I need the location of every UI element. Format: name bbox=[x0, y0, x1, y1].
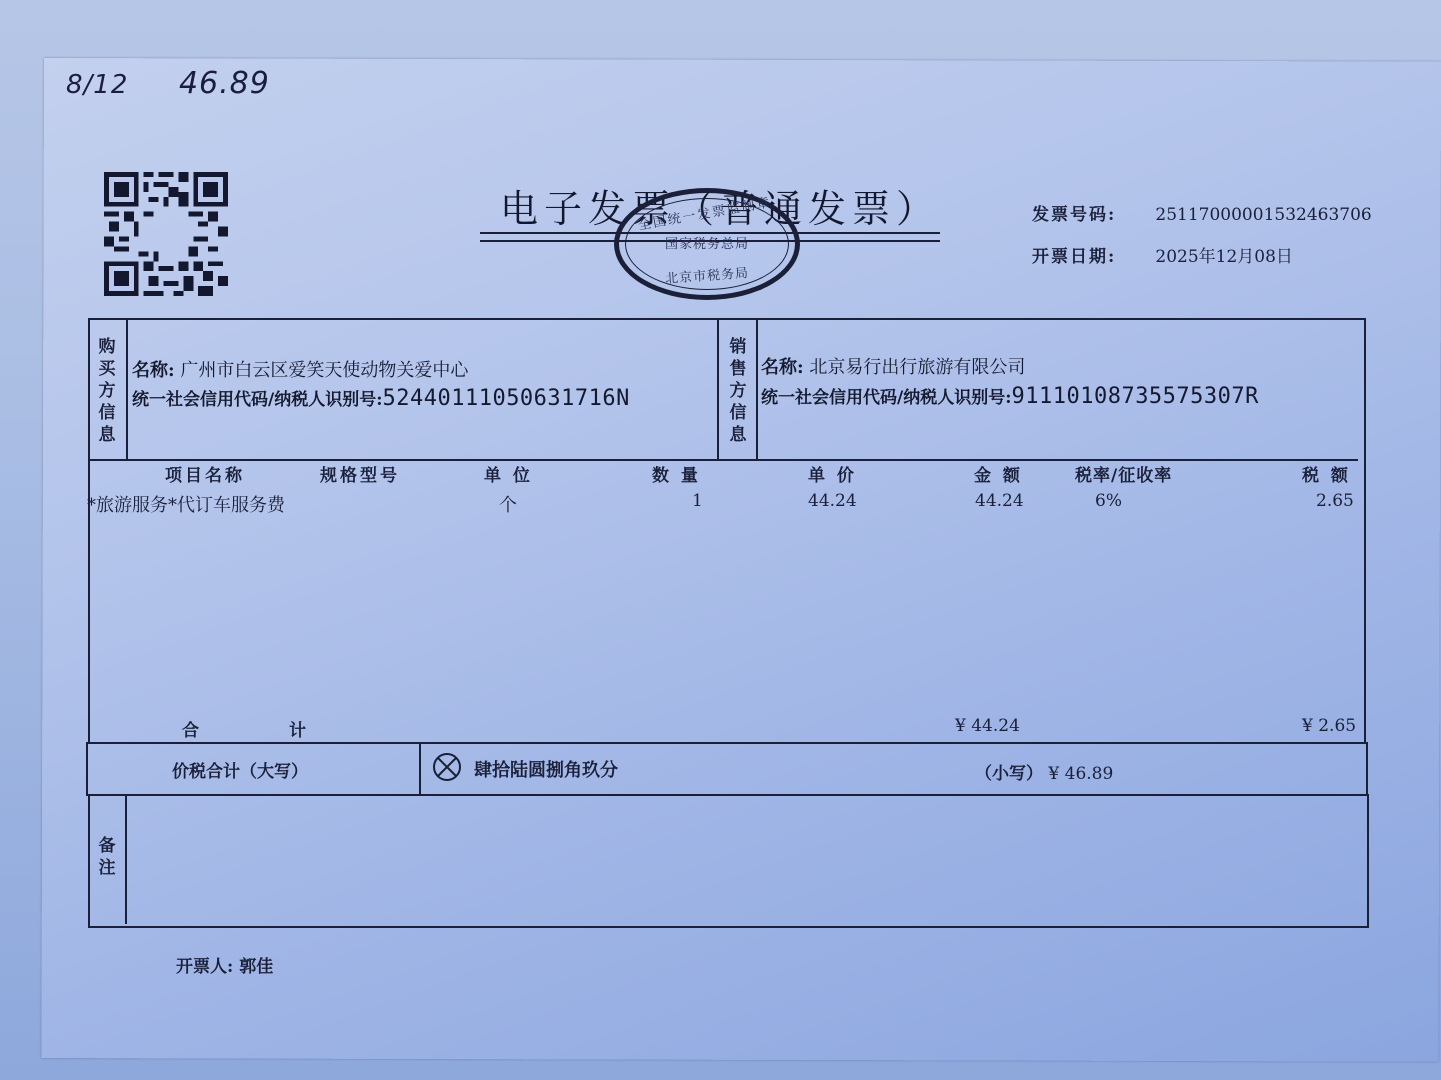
seller-name: 名称: 北京易行出行旅游有限公司 bbox=[761, 353, 1025, 379]
item-rate: 6% bbox=[1095, 491, 1122, 511]
seller-tax-id-label: 统一社会信用代码/纳税人识别号: bbox=[761, 388, 1011, 408]
seller-name-value: 北京易行出行旅游有限公司 bbox=[809, 357, 1025, 378]
issue-date: 开票日期: 2025年12月08日 bbox=[1032, 242, 1293, 267]
x-circle-icon bbox=[432, 752, 462, 782]
buyer-name: 名称: 广州市白云区爱笑天使动物关爱中心 bbox=[132, 356, 468, 382]
seller-tax-id-value: 91110108735575307R bbox=[1011, 384, 1258, 409]
col-header-qty: 数 量 bbox=[652, 461, 701, 486]
label-char: 方 bbox=[96, 380, 118, 402]
handwritten-note: 8/12 46.89 bbox=[66, 66, 270, 101]
remarks-divider bbox=[125, 794, 127, 924]
label-char: 信 bbox=[727, 402, 749, 424]
grand-total-divider bbox=[419, 742, 421, 796]
item-unit: 个 bbox=[499, 491, 517, 517]
item-qty: 1 bbox=[692, 491, 703, 511]
label-char: 备 bbox=[96, 835, 118, 857]
buyer-name-label: 名称: bbox=[132, 360, 175, 381]
party-middle-divider bbox=[717, 318, 719, 460]
label-char: 息 bbox=[96, 424, 118, 446]
grand-total-figures: （小写） ¥ 46.89 bbox=[975, 759, 1113, 784]
handwritten-date: 8/12 bbox=[66, 70, 128, 100]
item-amount: 44.24 bbox=[975, 491, 1024, 511]
col-header-rate: 税率/征收率 bbox=[1075, 461, 1172, 486]
seller-name-label: 名称: bbox=[761, 357, 804, 378]
issuer: 开票人: 郭佳 bbox=[176, 952, 273, 977]
buyer-tax-id-value: 52440111050631716N bbox=[382, 386, 629, 411]
remarks-label: 备 注 bbox=[96, 835, 118, 879]
item-name: *旅游服务*代订车服务费 bbox=[87, 491, 285, 517]
issue-date-label: 开票日期: bbox=[1032, 242, 1150, 267]
grand-total-small-label: （小写） bbox=[975, 764, 1043, 784]
col-header-unit: 单 位 bbox=[484, 461, 533, 486]
buyer-label-divider bbox=[126, 318, 128, 460]
grand-total-label: 价税合计（大写） bbox=[172, 757, 308, 782]
handwritten-amount: 46.89 bbox=[179, 66, 270, 101]
issue-date-value: 2025年12月08日 bbox=[1155, 247, 1293, 267]
totals-tax: ¥ 2.65 bbox=[1302, 716, 1356, 736]
seller-label-divider bbox=[756, 318, 758, 460]
buyer-name-value: 广州市白云区爱笑天使动物关爱中心 bbox=[180, 360, 468, 381]
item-price: 44.24 bbox=[808, 491, 857, 511]
item-tax: 2.65 bbox=[1316, 491, 1354, 511]
totals-amount: ¥ 44.24 bbox=[955, 716, 1020, 736]
totals-label: 合计 bbox=[182, 716, 396, 741]
issuer-name: 郭佳 bbox=[239, 957, 273, 977]
invoice-number: 发票号码: 25117000001532463706 bbox=[1032, 200, 1372, 225]
invoice-number-value: 25117000001532463706 bbox=[1155, 205, 1371, 225]
issuer-label: 开票人: bbox=[176, 957, 233, 977]
buyer-section-label: 购 买 方 信 息 bbox=[96, 336, 118, 446]
label-char: 方 bbox=[727, 380, 749, 402]
label-char: 注 bbox=[96, 857, 118, 879]
stamp-center-text: 国家税务总局 bbox=[619, 233, 795, 252]
label-char: 信 bbox=[96, 402, 118, 424]
col-header-tax: 税 额 bbox=[1302, 461, 1351, 486]
qr-code-icon bbox=[104, 172, 228, 296]
seller-section-label: 销 售 方 信 息 bbox=[727, 336, 749, 446]
grand-total-in-words: 肆拾陆圆捌角玖分 bbox=[474, 756, 618, 782]
remarks-box bbox=[88, 794, 1369, 928]
label-char: 销 bbox=[727, 336, 749, 358]
label-char: 购 bbox=[96, 336, 118, 358]
buyer-tax-id: 统一社会信用代码/纳税人识别号:52440111050631716N bbox=[132, 385, 630, 411]
col-header-name: 项目名称 bbox=[165, 461, 245, 486]
invoice-number-label: 发票号码: bbox=[1032, 200, 1150, 225]
col-header-price: 单 价 bbox=[808, 461, 857, 486]
tax-bureau-stamp: 全国统一发票监制章 国家税务总局 北京市税务局 bbox=[614, 188, 800, 300]
label-char: 买 bbox=[96, 358, 118, 380]
buyer-tax-id-label: 统一社会信用代码/纳税人识别号: bbox=[132, 390, 382, 410]
col-header-spec: 规格型号 bbox=[320, 461, 400, 486]
label-char: 售 bbox=[727, 358, 749, 380]
col-header-amount: 金 额 bbox=[974, 461, 1023, 486]
seller-tax-id: 统一社会信用代码/纳税人识别号:91110108735575307R bbox=[761, 383, 1259, 409]
label-char: 息 bbox=[727, 424, 749, 446]
grand-total-value: ¥ 46.89 bbox=[1048, 764, 1113, 784]
